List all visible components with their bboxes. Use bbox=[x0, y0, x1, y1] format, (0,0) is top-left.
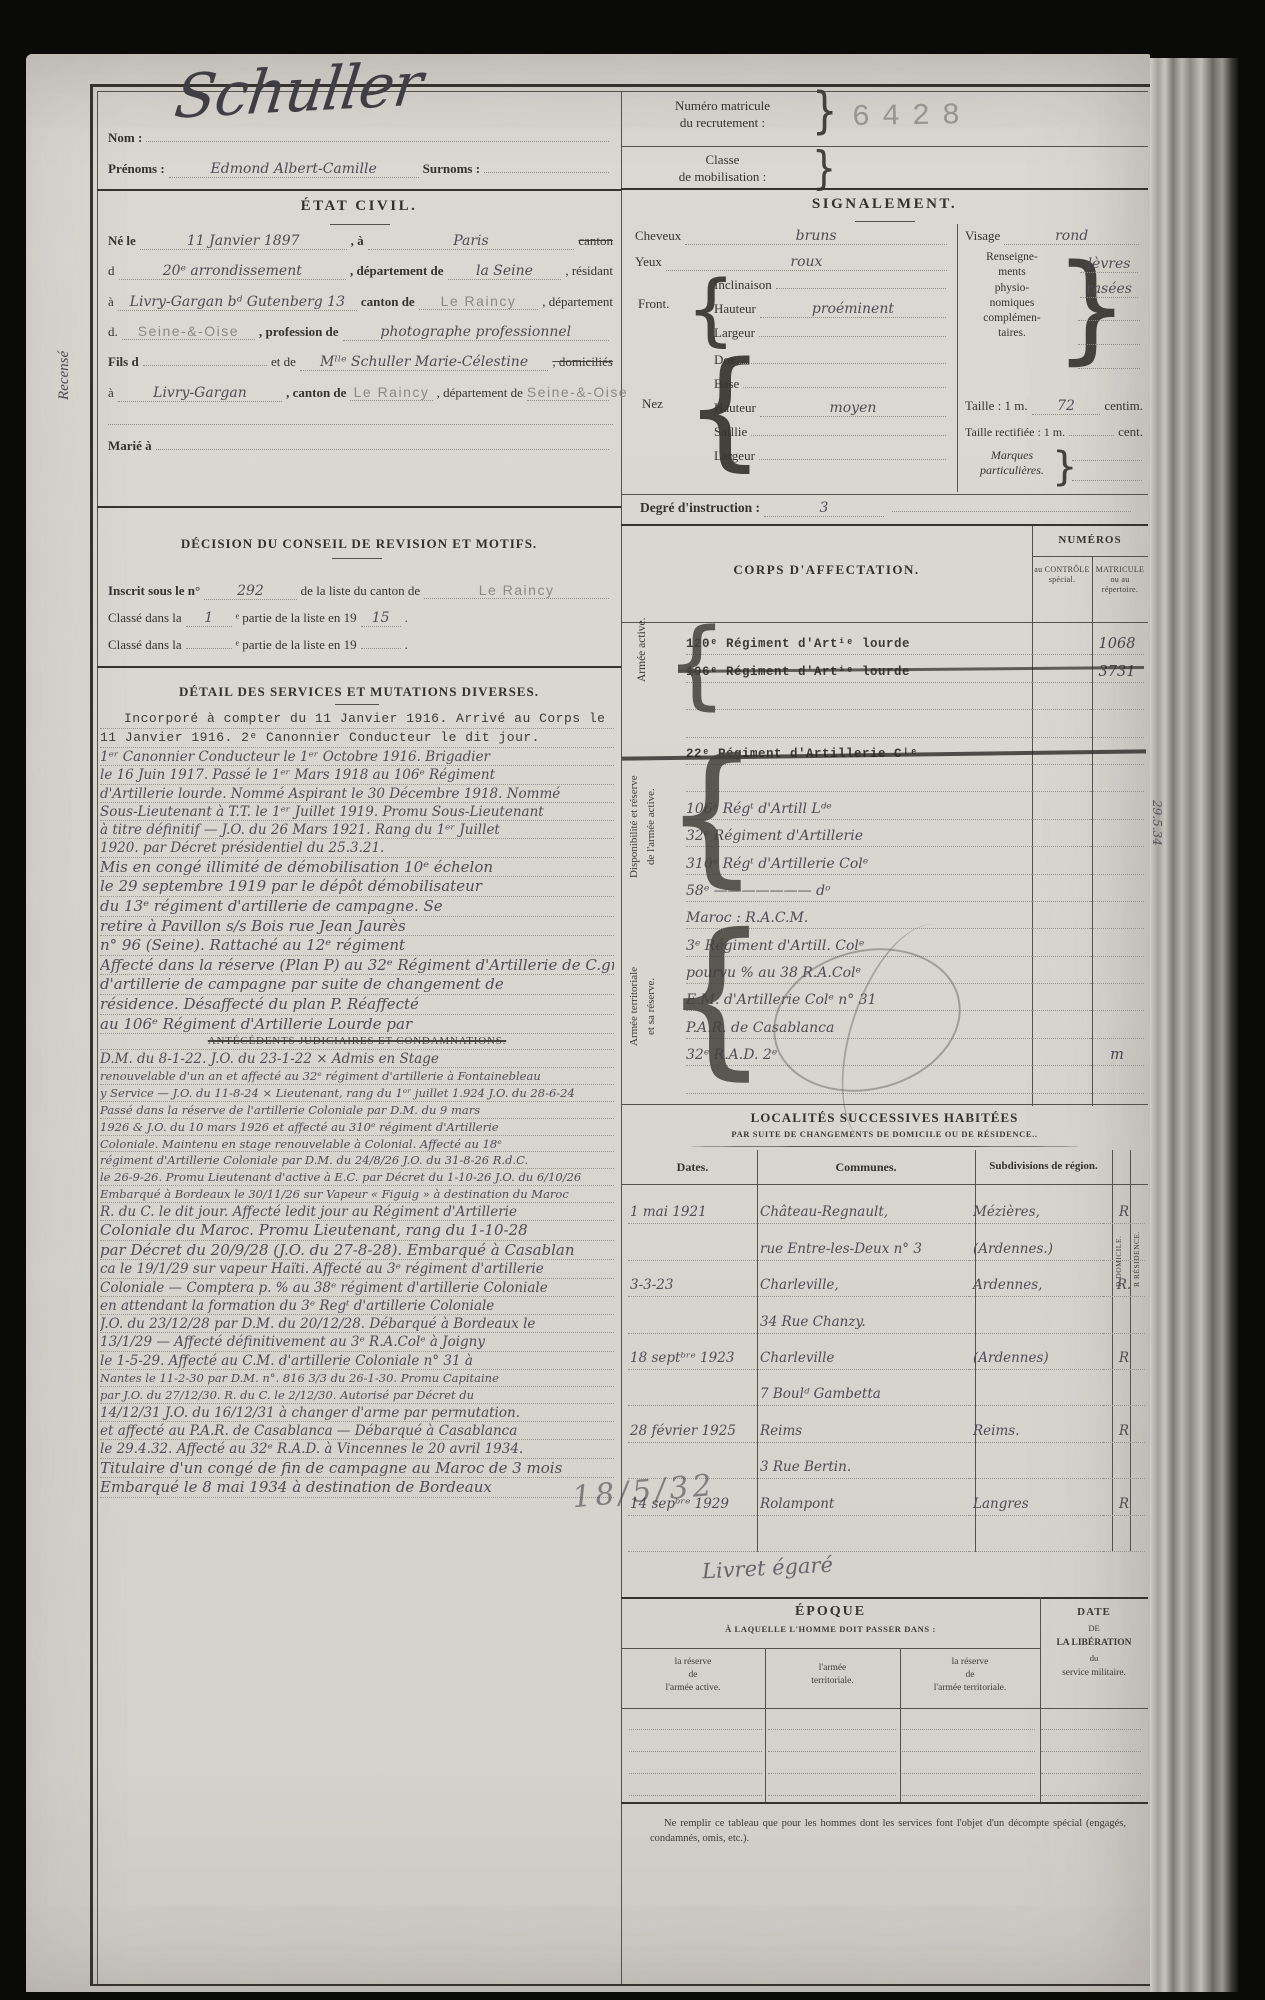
localite-dr-flag bbox=[1103, 1311, 1145, 1334]
a3-label: à bbox=[108, 385, 114, 401]
services-line: 1926 & J.O. du 10 mars 1926 et affecté a… bbox=[100, 1119, 614, 1136]
services-line: le 26-9-26. Promu Lieutenant d'active à … bbox=[100, 1169, 614, 1186]
epoque-empty-row bbox=[626, 1726, 1144, 1730]
epoque-col3-header: la réserve de l'armée territoriale. bbox=[903, 1656, 1037, 1695]
controle-col-header: au CONTRÔLE spécial. bbox=[1034, 565, 1090, 585]
profession-label: , profession de bbox=[259, 324, 339, 340]
cheveux-value: bruns bbox=[685, 228, 947, 245]
saillie-label: Saillie bbox=[714, 424, 747, 440]
nom-value-line bbox=[146, 141, 609, 142]
marques-label-1: Marques bbox=[972, 448, 1052, 463]
services-line: y Service — J.O. du 11-8-24 × Lieutenant… bbox=[100, 1085, 614, 1102]
services-title: DÉTAIL DES SERVICES ET MUTATIONS DIVERSE… bbox=[97, 684, 621, 700]
numeros-header: NUMÉROS bbox=[1032, 534, 1148, 546]
classe-label: Classe de mobilisation : bbox=[640, 151, 805, 185]
canton-label: canton de bbox=[361, 294, 415, 310]
yeux-label: Yeux bbox=[635, 254, 662, 270]
taille-line: Taille : 1 m. 72 centim. bbox=[965, 398, 1143, 415]
nom-line: Nom : bbox=[108, 130, 613, 146]
corps-matricule-cell bbox=[1090, 826, 1144, 847]
rule bbox=[97, 506, 621, 508]
services-line: 13/1/29 — Affecté définitivement au 3ᵉ R… bbox=[100, 1333, 614, 1351]
rule bbox=[1072, 460, 1142, 461]
arrondissement-value: 20ᵉ arrondissement bbox=[119, 263, 347, 280]
rule bbox=[330, 224, 390, 225]
inscrit-canton-value: Le Raincy bbox=[424, 582, 609, 599]
corps-controle-cell bbox=[1032, 662, 1090, 683]
corps-controle-cell bbox=[1032, 1073, 1090, 1094]
rens-value-1-line: lèvres bbox=[1076, 256, 1142, 273]
inclinaison-value-line bbox=[776, 288, 946, 289]
services-line: du 13ᵉ régiment d'artillerie de campagne… bbox=[100, 897, 614, 917]
corps-matricule-cell: m bbox=[1090, 1045, 1144, 1066]
matricule-number: 6428 bbox=[852, 99, 973, 135]
matricule-label-1: Numéro matricule bbox=[640, 97, 805, 114]
corps-entry: 106ᵉ Régiment d'Artⁱᵉ lourde bbox=[686, 662, 1032, 683]
rens-line: physio- bbox=[966, 281, 1058, 296]
rule bbox=[621, 146, 1148, 147]
footnote: Ne remplir ce tableau que pour les homme… bbox=[650, 1816, 1126, 1846]
base-value-line bbox=[743, 387, 946, 388]
mother-value: Mˡˡᵉ Schuller Marie-Célestine bbox=[300, 354, 548, 371]
services-line: ANTÉCÉDENTS JUDICIAIRES ET CONDAMNATIONS… bbox=[100, 1034, 614, 1050]
services-line: retire à Pavillon s/s Bois rue Jean Jaur… bbox=[100, 917, 614, 937]
rule bbox=[621, 494, 1148, 495]
rule bbox=[1078, 320, 1140, 321]
classe1-line: Classé dans la 1 ᵉ partie de la liste en… bbox=[108, 610, 613, 627]
centim-label: centim. bbox=[1104, 398, 1143, 414]
birthdate-value: 11 Janvier 1897 bbox=[140, 233, 347, 250]
services-line: d'Artillerie lourde. Nommé Aspirant le 3… bbox=[100, 785, 614, 803]
rule bbox=[621, 1802, 1148, 1804]
nez-dos-line: Dos bbox=[714, 352, 950, 368]
classe2-line: Classé dans la ᵉ partie de la liste en 1… bbox=[108, 637, 613, 653]
rule bbox=[97, 189, 621, 191]
services-line: renouvelable d'un an et affecté au 32ᵉ r… bbox=[100, 1068, 614, 1085]
classe2-label-a: Classé dans la bbox=[108, 637, 182, 653]
epoque-col1-l2: de bbox=[628, 1669, 758, 1682]
localites-line: 18 septᵇʳᵉ 1923 Charleville (Ardennes) R bbox=[628, 1334, 1145, 1370]
dates-col-header: Dates. bbox=[628, 1160, 757, 1175]
localite-dr-flag: R bbox=[1103, 1420, 1145, 1443]
classe2-value-line bbox=[186, 648, 232, 649]
corps-matricule-cell bbox=[1090, 990, 1144, 1011]
rule bbox=[1078, 368, 1140, 369]
epoque-col1-l3: l'armée active. bbox=[628, 1682, 758, 1695]
disponibilite-label-2: de l'armée active. bbox=[645, 744, 660, 909]
ne-le-line: Né le 11 Janvier 1897 , à Paris canton bbox=[108, 233, 613, 250]
dos-value-line bbox=[739, 363, 946, 364]
visage-label: Visage bbox=[965, 228, 1000, 244]
corps-controle-cell bbox=[1032, 1045, 1090, 1066]
localites-line: 7 Boulᵈ Gambetta bbox=[628, 1370, 1145, 1406]
localites-line: rue Entre-les-Deux n° 3 (Ardennes.) bbox=[628, 1224, 1145, 1260]
renseignements-label: Renseigne- ments physio- nomiques complé… bbox=[966, 250, 1058, 342]
corps-matricule-cell bbox=[1090, 963, 1144, 984]
epoque-col2-header: l'armée territoriale. bbox=[768, 1662, 897, 1688]
localite-dr-flag bbox=[1103, 1238, 1145, 1261]
rens-line: complémen- bbox=[966, 311, 1058, 326]
marie-value-line bbox=[156, 449, 609, 450]
corps-controle-cell bbox=[1032, 881, 1090, 902]
localite-commune: Rolampont bbox=[754, 1493, 969, 1516]
canton-struck-label: canton bbox=[578, 233, 613, 249]
services-line: par J.O. du 27/12/30. R. du C. le 2/12/3… bbox=[100, 1387, 614, 1404]
departement3-stamp-value: Seine-&-Oise bbox=[527, 384, 609, 401]
services-line: le 1-5-29. Affecté au C.M. d'artillerie … bbox=[100, 1352, 614, 1370]
localite-dr-flag bbox=[1103, 1456, 1145, 1479]
nez-hauteur-value: moyen bbox=[760, 400, 946, 417]
departement-value: la Seine bbox=[448, 263, 562, 280]
corps-controle-cell bbox=[1032, 908, 1090, 929]
localite-commune: 7 Boulᵈ Gambetta bbox=[754, 1383, 969, 1406]
brace: } bbox=[812, 82, 837, 140]
date-l5: service militaire. bbox=[1042, 1666, 1146, 1681]
hauteur-label: Hauteur bbox=[714, 301, 756, 317]
rule bbox=[621, 524, 1148, 526]
decision-title: DÉCISION DU CONSEIL DE REVISION ET MOTIF… bbox=[97, 536, 621, 552]
classe1-value: 1 bbox=[186, 610, 232, 627]
corps-matricule-cell bbox=[1090, 771, 1144, 792]
localite-commune: 34 Rue Chanzy. bbox=[754, 1311, 969, 1334]
services-line: en attendant la formation du 3ᵉ Regᵗ d'a… bbox=[100, 1297, 614, 1315]
localite-commune: Reims bbox=[754, 1420, 969, 1443]
rens-value-2-line: rasées bbox=[1076, 281, 1142, 298]
localites-subtitle: PAR SUITE DE CHANGEMENTS DE DOMICILE OU … bbox=[621, 1129, 1148, 1139]
services-line: Mis en congé illimité de démobilisation … bbox=[100, 858, 614, 878]
services-line: d'artillerie de campagne par suite de ch… bbox=[100, 975, 614, 995]
nez-largeur-value-line bbox=[759, 459, 946, 460]
corps-controle-cell bbox=[1032, 717, 1090, 738]
classe2-year-line bbox=[361, 648, 401, 649]
localites-line bbox=[628, 1516, 1145, 1552]
localites-line: 3-3-23 Charleville, Ardennes, R. bbox=[628, 1261, 1145, 1297]
birthplace-value: Paris bbox=[368, 233, 575, 250]
rule bbox=[621, 1184, 1148, 1185]
services-line: n° 96 (Seine). Rattaché au 12ᵉ régiment bbox=[100, 936, 614, 956]
nez-largeur-line: Largeur bbox=[714, 448, 950, 464]
services-line: D.M. du 8-1-22. J.O. du 23-1-22 × Admis … bbox=[100, 1050, 614, 1068]
profession-value: photographe professionnel bbox=[343, 324, 609, 341]
etat-civil-title: ÉTAT CIVIL. bbox=[97, 198, 621, 215]
communes-col-header: Communes. bbox=[757, 1160, 975, 1175]
localite-date: 1 mai 1921 bbox=[628, 1201, 754, 1224]
base-label: Base bbox=[714, 376, 739, 392]
corps-matricule-cell bbox=[1090, 1073, 1144, 1094]
parents-domicile-line: à Livry-Gargan , canton de Le Raincy , d… bbox=[108, 384, 613, 402]
corps-matricule-cell bbox=[1090, 908, 1144, 929]
rule bbox=[1072, 480, 1142, 481]
margin-note-recense: Recensé bbox=[56, 320, 73, 430]
localite-dr-flag: R. bbox=[1103, 1274, 1145, 1297]
localite-subdivision: Mézières, bbox=[969, 1201, 1103, 1224]
services-line: J.O. du 23/12/28 par D.M. du 20/12/28. D… bbox=[100, 1315, 614, 1333]
localite-date: 18 septᵇʳᵉ 1923 bbox=[628, 1347, 754, 1370]
services-line: 1ᵉʳ Canonnier Conducteur le 1ᵉʳ Octobre … bbox=[100, 748, 614, 766]
rule bbox=[97, 666, 621, 668]
date-l4: du bbox=[1042, 1651, 1146, 1666]
corps-controle-cell bbox=[1032, 854, 1090, 875]
corps-controle-cell bbox=[1032, 799, 1090, 820]
subdivisions-col-header: Subdivisions de région. bbox=[975, 1160, 1112, 1172]
rens-line: ments bbox=[966, 265, 1058, 280]
rule bbox=[900, 1648, 901, 1802]
degre-line-fill bbox=[892, 511, 1131, 512]
brace: { bbox=[666, 614, 727, 714]
liberation-date-col-header: DATE DE LA LIBÉRATION du service militai… bbox=[1042, 1604, 1146, 1681]
nez-saillie-line: Saillie bbox=[714, 424, 950, 440]
services-line: Nantes le 11-2-30 par D.M. n°. 816 3/3 d… bbox=[100, 1370, 614, 1387]
services-line: à titre définitif — J.O. du 26 Mars 1921… bbox=[100, 821, 614, 839]
localite-commune: Charleville, bbox=[754, 1274, 969, 1297]
armee-active-label: Armée active. bbox=[636, 600, 651, 700]
nez-hauteur-line: Hauteur moyen bbox=[714, 400, 950, 417]
rens-value-2: rasées bbox=[1080, 281, 1138, 298]
services-line: Passé dans la réserve de l'artillerie Co… bbox=[100, 1102, 614, 1119]
brace: } bbox=[812, 142, 836, 195]
corps-controle-cell bbox=[1032, 990, 1090, 1011]
date-l3: LA LIBÉRATION bbox=[1042, 1636, 1146, 1651]
dos-label: Dos bbox=[714, 352, 735, 368]
rule bbox=[332, 558, 382, 559]
largeur-value-line bbox=[759, 336, 946, 337]
corps-matricule-cell bbox=[1090, 854, 1144, 875]
nez-label: Nez bbox=[642, 396, 663, 412]
rule bbox=[621, 1708, 1148, 1709]
epoque-empty-row bbox=[626, 1792, 1144, 1796]
localite-subdivision: Reims. bbox=[969, 1420, 1103, 1443]
services-line: Affecté dans la réserve (Plan P) au 32ᵉ … bbox=[100, 956, 614, 976]
localite-subdivision bbox=[969, 1529, 1103, 1552]
services-line: R. du C. le dit jour. Affecté ledit jour… bbox=[100, 1203, 614, 1221]
brace: } bbox=[1052, 446, 1077, 488]
classe-label-1: Classe bbox=[640, 151, 805, 168]
inscrit-label: Inscrit sous le n° bbox=[108, 583, 200, 599]
departement3-label: , département de bbox=[437, 385, 523, 401]
front-inclinaison-line: Inclinaison bbox=[714, 277, 950, 293]
matricule-label-2: du recrutement : bbox=[640, 114, 805, 131]
localite-dr-flag: R bbox=[1103, 1201, 1145, 1224]
inclinaison-label: Inclinaison bbox=[714, 277, 772, 293]
taille-rectifiee-line: Taille rectifiée : 1 m. cent. bbox=[965, 424, 1143, 440]
corps-matricule-cell bbox=[1090, 717, 1144, 738]
corps-matricule-cell bbox=[1090, 689, 1144, 710]
services-line: ca le 19/1/29 sur vapeur Haïti. Affecté … bbox=[100, 1260, 614, 1278]
domicilies-struck-label: , domiciliés bbox=[552, 354, 613, 370]
rule bbox=[621, 1648, 1040, 1649]
services-line: au 106ᵉ Régiment d'Artillerie Lourde par bbox=[100, 1015, 614, 1035]
services-line: le 29.4.32. Affecté au 32ᵉ R.A.D. à Vinc… bbox=[100, 1440, 614, 1458]
services-line: Titulaire d'un congé de fin de campagne … bbox=[100, 1459, 614, 1479]
classe1-year-value: 15 bbox=[361, 610, 401, 627]
a-label: , à bbox=[351, 233, 364, 249]
marques-label: Marques particulières. bbox=[972, 448, 1052, 478]
surnoms-label: Surnoms : bbox=[423, 161, 480, 177]
arrondissement-line: d 20ᵉ arrondissement , département de la… bbox=[108, 263, 613, 280]
parents-line: Fils d et de Mˡˡᵉ Schuller Marie-Célesti… bbox=[108, 354, 613, 371]
localite-dr-flag bbox=[1103, 1383, 1145, 1406]
corps-controle-cell bbox=[1032, 771, 1090, 792]
territoriale-label-2: et sa réserve. bbox=[645, 916, 660, 1096]
corps-controle-cell bbox=[1032, 963, 1090, 984]
services-line: Sous-Lieutenant à T.T. le 1ᵉʳ Juillet 19… bbox=[100, 803, 614, 821]
cheveux-line: Cheveux bruns bbox=[635, 228, 951, 245]
classe-label-2: de mobilisation : bbox=[640, 168, 805, 185]
yeux-line: Yeux roux bbox=[635, 254, 951, 271]
services-line: 1920. par Décret présidentiel du 25.3.21… bbox=[100, 839, 614, 857]
localite-dr-flag: R bbox=[1103, 1347, 1145, 1370]
epoque-title: ÉPOQUE bbox=[621, 1604, 1040, 1620]
departement-label: , département de bbox=[350, 263, 444, 279]
prenoms-line: Prénoms : Edmond Albert-Camille Surnoms … bbox=[108, 161, 613, 178]
epoque-col3-l1: la réserve bbox=[903, 1656, 1037, 1669]
residant-label: , résidant bbox=[565, 263, 613, 279]
rens-line: Renseigne- bbox=[966, 250, 1058, 265]
localite-subdivision bbox=[969, 1383, 1103, 1406]
services-line: Embarqué à Bordeaux le 30/11/26 sur Vape… bbox=[100, 1186, 614, 1203]
parents-domicile-value: Livry-Gargan bbox=[118, 385, 282, 402]
cent-label: cent. bbox=[1118, 424, 1143, 440]
rule bbox=[957, 224, 958, 492]
rule bbox=[855, 221, 915, 222]
epoque-col1-l1: la réserve bbox=[628, 1656, 758, 1669]
corps-matricule-cell bbox=[1090, 799, 1144, 820]
canton2-label: , canton de bbox=[286, 385, 346, 401]
services-line: 11 Janvier 1916. 2ᵉ Canonnier Conducteur… bbox=[100, 729, 614, 748]
front-label: Front. bbox=[638, 296, 669, 312]
corps-controle-cell bbox=[1032, 1018, 1090, 1039]
epoque-col3-l2: de bbox=[903, 1669, 1037, 1682]
nez-largeur-label: Largeur bbox=[714, 448, 755, 464]
page-stack-edges bbox=[1150, 58, 1238, 1992]
marie-label: Marié à bbox=[108, 438, 152, 454]
services-line: Coloniale du Maroc. Promu Lieutenant, ra… bbox=[100, 1221, 614, 1241]
corps-controle-cell bbox=[1032, 936, 1090, 957]
rule bbox=[1078, 344, 1140, 345]
services-line: le 29 septembre 1919 par le dépôt démobi… bbox=[100, 877, 614, 897]
localites-title: LOCALITÉS SUCCESSIVES HABITÉES bbox=[621, 1110, 1148, 1126]
domicile-value: Livry-Gargan bᵈ Gutenberg 13 bbox=[118, 294, 357, 311]
services-line: 14/12/31 J.O. du 16/12/31 à changer d'ar… bbox=[100, 1404, 614, 1422]
localite-commune bbox=[754, 1529, 969, 1552]
prenoms-value: Edmond Albert-Camille bbox=[169, 161, 419, 178]
localites-line: 34 Rue Chanzy. bbox=[628, 1297, 1145, 1333]
epoque-col2-l1: l'armée bbox=[768, 1662, 897, 1675]
disponibilite-label-1: Disponibilité et réserve bbox=[628, 744, 643, 909]
taille-label: Taille : 1 m. bbox=[965, 398, 1028, 414]
saillie-value-line bbox=[751, 435, 946, 436]
cheveux-label: Cheveux bbox=[635, 228, 681, 244]
rens-line: nomiques bbox=[966, 296, 1058, 311]
services-line: et affecté au P.A.R. de Casablanca — Déb… bbox=[100, 1422, 614, 1440]
rens-value-1: lèvres bbox=[1080, 256, 1138, 273]
services-line: Incorporé à compter du 11 Janvier 1916. … bbox=[100, 710, 614, 729]
services-line: Coloniale — Comptera p. % au 38ᵉ régimen… bbox=[100, 1279, 614, 1297]
epoque-col3-l3: l'armée territoriale. bbox=[903, 1682, 1037, 1695]
epoque-col2-l2: territoriale. bbox=[768, 1675, 897, 1688]
d2-label: d. bbox=[108, 324, 118, 340]
corps-controle-cell bbox=[1032, 826, 1090, 847]
localite-subdivision: Langres bbox=[969, 1493, 1103, 1516]
localites-line: 1 mai 1921 Château-Regnault, Mézières, R bbox=[628, 1188, 1145, 1224]
localite-date bbox=[628, 1311, 754, 1334]
column-divider bbox=[621, 91, 622, 1984]
rule bbox=[765, 1648, 766, 1802]
corps-controle-cell bbox=[1032, 689, 1090, 710]
inscrit-line: Inscrit sous le n° 292 de la liste du ca… bbox=[108, 582, 613, 600]
rule bbox=[335, 704, 379, 705]
corps-matricule-cell: 3731 bbox=[1090, 662, 1144, 683]
degre-line: Degré d'instruction : 3 bbox=[640, 500, 1135, 517]
d-label: d bbox=[108, 263, 115, 279]
degre-label: Degré d'instruction : bbox=[640, 500, 760, 516]
prenoms-label: Prénoms : bbox=[108, 161, 165, 177]
date-l2: DE bbox=[1042, 1621, 1146, 1636]
rule bbox=[621, 1597, 1148, 1599]
corps-matricule-cell: 1068 bbox=[1090, 634, 1144, 655]
taille-rectifiee-value-line bbox=[1069, 435, 1114, 436]
matricule-label: Numéro matricule du recrutement : bbox=[640, 97, 805, 131]
liste-label: de la liste du canton de bbox=[301, 583, 421, 599]
matricule-col-header: MATRICULE ou au répertoire. bbox=[1094, 565, 1146, 595]
rule bbox=[90, 84, 93, 1986]
classe2-period: . bbox=[405, 637, 408, 653]
localite-commune: 3 Rue Bertin. bbox=[754, 1456, 969, 1479]
epoque-empty-row bbox=[626, 1748, 1144, 1752]
localite-subdivision: Ardennes, bbox=[969, 1274, 1103, 1297]
rule bbox=[1032, 556, 1148, 557]
profession-line: d. Seine-&-Oise , profession de photogra… bbox=[108, 323, 613, 341]
services-line: régiment d'Artillerie Coloniale par D.M.… bbox=[100, 1152, 614, 1169]
localite-subdivision: (Ardennes) bbox=[969, 1347, 1103, 1370]
brace: { bbox=[662, 908, 770, 1086]
rule bbox=[621, 188, 1148, 190]
nom-label: Nom : bbox=[108, 130, 142, 146]
localites-line: 28 février 1925 Reims Reims. R bbox=[628, 1406, 1145, 1442]
localite-date bbox=[628, 1238, 754, 1261]
father-value-line bbox=[143, 365, 267, 366]
corps-controle-cell bbox=[1032, 744, 1090, 765]
marie-line: Marié à bbox=[108, 438, 613, 454]
services-line: Embarqué le 8 mai 1934 à destination de … bbox=[100, 1478, 614, 1498]
taille-value: 72 bbox=[1032, 398, 1101, 415]
epoque-col1-header: la réserve de l'armée active. bbox=[628, 1656, 758, 1695]
localite-dr-flag bbox=[1103, 1529, 1145, 1552]
epoque-empty-row bbox=[626, 1770, 1144, 1774]
classe1-label-b: ᵉ partie de la liste en 19 bbox=[236, 610, 357, 626]
rule bbox=[621, 1104, 1148, 1105]
services-line: résidence. Désaffecté du plan P. Réaffec… bbox=[100, 995, 614, 1015]
classe2-label-b: ᵉ partie de la liste en 19 bbox=[236, 637, 357, 653]
etde-label: et de bbox=[271, 354, 296, 370]
corps-controle-cell bbox=[1032, 634, 1090, 655]
domicile-line: à Livry-Gargan bᵈ Gutenberg 13 canton de… bbox=[108, 293, 613, 311]
margin-note-date: 29.5.34 bbox=[1150, 800, 1164, 846]
corps-matricule-cell bbox=[1090, 881, 1144, 902]
surname-signature: Schuller bbox=[171, 49, 426, 132]
classe1-period: . bbox=[405, 610, 408, 626]
marques-label-2: particulières. bbox=[972, 463, 1052, 478]
corps-matricule-cell bbox=[1090, 744, 1144, 765]
corps-entry bbox=[686, 689, 1032, 710]
localite-date bbox=[628, 1383, 754, 1406]
classe1-label-a: Classé dans la bbox=[108, 610, 182, 626]
front-hauteur-line: Hauteur proéminent bbox=[714, 301, 950, 318]
date-l1: DATE bbox=[1042, 1604, 1146, 1621]
corps-title: CORPS D'AFFECTATION. bbox=[621, 562, 1032, 578]
services-text: Incorporé à compter du 11 Janvier 1916. … bbox=[100, 710, 614, 1498]
localite-subdivision: (Ardennes.) bbox=[969, 1238, 1103, 1261]
